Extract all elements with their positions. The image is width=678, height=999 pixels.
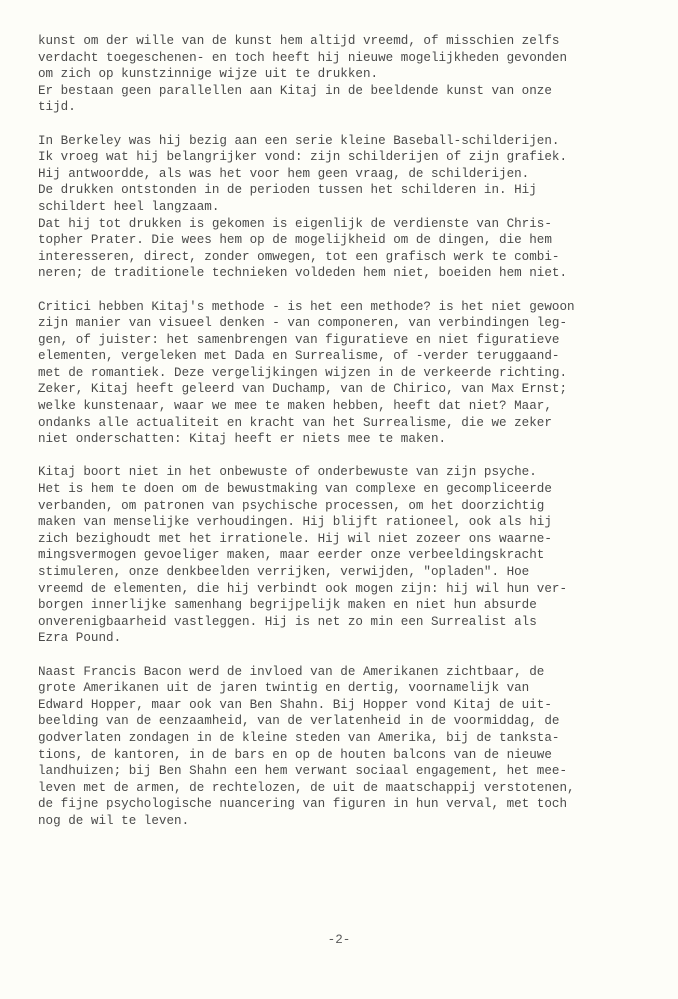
text-line: ondanks alle actualiteit en kracht van h… bbox=[38, 415, 678, 432]
text-line: welke kunstenaar, waar we mee te maken h… bbox=[38, 398, 678, 415]
text-line: zijn manier van visueel denken - van com… bbox=[38, 315, 678, 332]
text-line: verbanden, om patronen van psychische pr… bbox=[38, 498, 678, 515]
text-line: elementen, vergeleken met Dada en Surrea… bbox=[38, 348, 678, 365]
text-line: Critici hebben Kitaj's methode - is het … bbox=[38, 299, 678, 316]
text-line: Hij antwoordde, als was het voor hem gee… bbox=[38, 166, 678, 183]
text-line: Ik vroeg wat hij belangrijker vond: zijn… bbox=[38, 149, 678, 166]
text-line: Ezra Pound. bbox=[38, 630, 678, 647]
text-line: Kitaj boort niet in het onbewuste of ond… bbox=[38, 464, 678, 481]
text-line: Het is hem te doen om de bewustmaking va… bbox=[38, 481, 678, 498]
paragraph: kunst om der wille van de kunst hem alti… bbox=[38, 33, 678, 116]
text-line: maken van menselijke verhoudingen. Hij b… bbox=[38, 514, 678, 531]
text-line: tijd. bbox=[38, 99, 678, 116]
paragraph: In Berkeley was hij bezig aan een serie … bbox=[38, 133, 678, 282]
text-line: tions, de kantoren, in de bars en op de … bbox=[38, 747, 678, 764]
text-line: Er bestaan geen parallellen aan Kitaj in… bbox=[38, 83, 678, 100]
text-line: grote Amerikanen uit de jaren twintig en… bbox=[38, 680, 678, 697]
text-line: leven met de armen, de rechtelozen, de u… bbox=[38, 780, 678, 797]
text-line: interesseren, direct, zonder omwegen, to… bbox=[38, 249, 678, 266]
text-line: om zich op kunstzinnige wijze uit te dru… bbox=[38, 66, 678, 83]
text-line: met de romantiek. Deze vergelijkingen wi… bbox=[38, 365, 678, 382]
text-line: In Berkeley was hij bezig aan een serie … bbox=[38, 133, 678, 150]
paragraph: Naast Francis Bacon werd de invloed van … bbox=[38, 664, 678, 830]
paragraph-gap bbox=[38, 282, 678, 299]
text-line: Naast Francis Bacon werd de invloed van … bbox=[38, 664, 678, 681]
text-line: Zeker, Kitaj heeft geleerd van Duchamp, … bbox=[38, 381, 678, 398]
text-line: stimuleren, onze denkbeelden verrijken, … bbox=[38, 564, 678, 581]
text-line: godverlaten zondagen in de kleine steden… bbox=[38, 730, 678, 747]
text-line: De drukken ontstonden in de perioden tus… bbox=[38, 182, 678, 199]
text-line: niet onderschatten: Kitaj heeft er niets… bbox=[38, 431, 678, 448]
text-line: vreemd de elementen, die hij verbindt oo… bbox=[38, 581, 678, 598]
text-line: verdacht toegeschenen- en toch heeft hij… bbox=[38, 50, 678, 67]
text-line: neren; de traditionele technieken volded… bbox=[38, 265, 678, 282]
text-line: Dat hij tot drukken is gekomen is eigenl… bbox=[38, 216, 678, 233]
text-line: borgen innerlijke samenhang begrijpelijk… bbox=[38, 597, 678, 614]
text-line: landhuizen; bij Ben Shahn een hem verwan… bbox=[38, 763, 678, 780]
paragraph-gap bbox=[38, 116, 678, 133]
text-line: zich bezighoudt met het irrationele. Hij… bbox=[38, 531, 678, 548]
page-number: -2- bbox=[0, 933, 678, 947]
text-line: schildert heel langzaam. bbox=[38, 199, 678, 216]
paragraph: Kitaj boort niet in het onbewuste of ond… bbox=[38, 464, 678, 647]
text-line: kunst om der wille van de kunst hem alti… bbox=[38, 33, 678, 50]
text-line: de fijne psychologische nuancering van f… bbox=[38, 796, 678, 813]
text-line: Edward Hopper, maar ook van Ben Shahn. B… bbox=[38, 697, 678, 714]
text-line: beelding van de eenzaamheid, van de verl… bbox=[38, 713, 678, 730]
document-body: kunst om der wille van de kunst hem alti… bbox=[38, 33, 678, 830]
text-line: onverenigbaarheid vastleggen. Hij is net… bbox=[38, 614, 678, 631]
text-line: gen, of juister: het samenbrengen van fi… bbox=[38, 332, 678, 349]
text-line: mingsvermogen gevoeliger maken, maar eer… bbox=[38, 547, 678, 564]
text-line: nog de wil te leven. bbox=[38, 813, 678, 830]
paragraph-gap bbox=[38, 448, 678, 465]
paragraph-gap bbox=[38, 647, 678, 664]
text-line: topher Prater. Die wees hem op de mogeli… bbox=[38, 232, 678, 249]
paragraph: Critici hebben Kitaj's methode - is het … bbox=[38, 299, 678, 448]
